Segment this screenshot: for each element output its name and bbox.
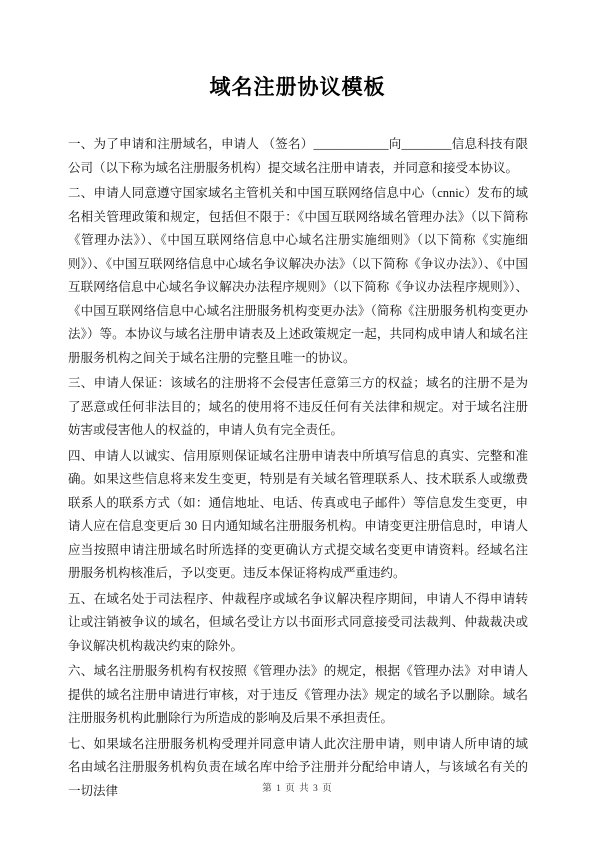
paragraph-clause-6: 六、域名注册服务机构有权按照《管理办法》的规定，根据《管理办法》对申请人提供的域… bbox=[68, 660, 528, 731]
document-title: 域名注册协议模板 bbox=[0, 0, 595, 100]
paragraph-clause-1: 一、为了申请和注册域名，申请人 （签名）____________向_______… bbox=[68, 133, 528, 180]
paragraph-clause-2: 二、申请人同意遵守国家域名主管机关和中国互联网络信息中心（cnnic）发布的域名… bbox=[68, 182, 528, 370]
document-body: 一、为了申请和注册域名，申请人 （签名）____________向_______… bbox=[68, 133, 528, 805]
paragraph-clause-3: 三、申请人保证：该域名的注册将不会侵害任意第三方的权益；域名的注册不是为了恶意或… bbox=[68, 372, 528, 443]
paragraph-clause-5: 五、在域名处于司法程序、仲裁程序或域名争议解决程序期间，申请人不得申请转让或注销… bbox=[68, 588, 528, 659]
paragraph-clause-4: 四、申请人以诚实、信用原则保证域名注册申请表中所填写信息的真实、完整和准确。如果… bbox=[68, 445, 528, 586]
document-page: 域名注册协议模板 一、为了申请和注册域名，申请人 （签名）___________… bbox=[0, 0, 595, 841]
page-number-footer: 第 1 页 共 3 页 bbox=[0, 780, 595, 794]
